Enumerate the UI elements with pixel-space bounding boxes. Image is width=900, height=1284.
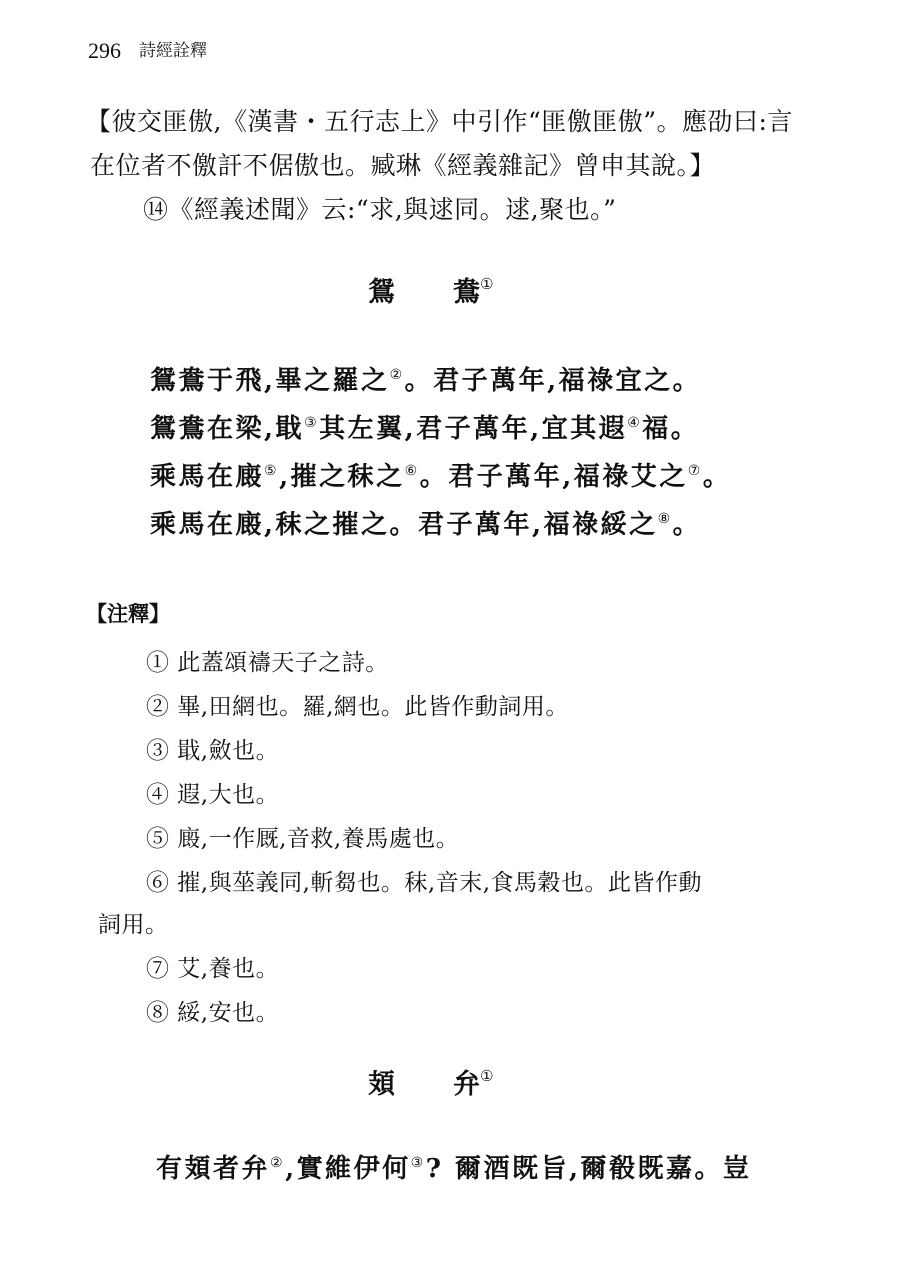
title-char-1: 鴛	[368, 277, 395, 308]
poem1-line-2: 鴛鴦在梁,戢③其左翼,君子萬年,宜其遐④福。	[150, 408, 699, 445]
title-char-2: 弁	[453, 1069, 480, 1100]
poem2-line-1: 有頍者弁②,實維伊何③? 爾酒既旨,爾殽既嘉。豈	[156, 1148, 752, 1185]
title-footnote-marker: ①	[480, 1067, 493, 1085]
title-char-2: 鴦	[453, 277, 480, 308]
note-item-3: ③ 戢,斂也。	[146, 732, 279, 765]
continuation-line-1: 【彼交匪傲,《漢書・五行志上》中引作“匪儌匪傲”。應劭曰:言	[86, 102, 793, 138]
page-number: 296	[88, 38, 121, 63]
title-char-1: 頍	[368, 1069, 395, 1100]
note-item-1: ① 此蓋頌禱天子之詩。	[146, 644, 389, 677]
note-14: ⑭《經義述聞》云:“求,與逑同。逑,聚也。”	[143, 190, 616, 226]
note-item-2: ② 畢,田網也。羅,網也。此皆作動詞用。	[146, 688, 569, 721]
poem-title-kuibian: 頍弁①	[368, 1062, 493, 1101]
poem-title-yuanyang: 鴛鴦①	[368, 270, 493, 309]
running-header: 296詩經詮釋	[88, 36, 207, 64]
note-item-7: ⑦ 艾,養也。	[146, 950, 279, 983]
poem1-line-4: 乘馬在廄,秣之摧之。君子萬年,福祿綏之⑧。	[150, 504, 701, 541]
note-item-8: ⑧ 綏,安也。	[146, 994, 279, 1027]
title-footnote-marker: ①	[480, 275, 493, 293]
poem1-line-1: 鴛鴦于飛,畢之羅之②。君子萬年,福祿宜之。	[150, 360, 701, 397]
note-item-6-cont: 詞用。	[98, 906, 169, 939]
poem1-line-3: 乘馬在廄⑤,摧之秣之⑥。君子萬年,福祿艾之⑦。	[150, 456, 731, 493]
notes-heading: 【注釋】	[86, 598, 170, 628]
continuation-line-2: 在位者不儌訐不倨傲也。臧琳《經義雜記》曾申其說。】	[90, 146, 715, 182]
book-title: 詩經詮釋	[139, 41, 207, 61]
note-item-6: ⑥ 摧,與莝義同,斬芻也。秣,音末,食馬穀也。此皆作動	[146, 864, 702, 897]
note-item-5: ⑤ 廄,一作厩,音救,養馬處也。	[146, 820, 459, 853]
note-item-4: ④ 遐,大也。	[146, 776, 279, 809]
